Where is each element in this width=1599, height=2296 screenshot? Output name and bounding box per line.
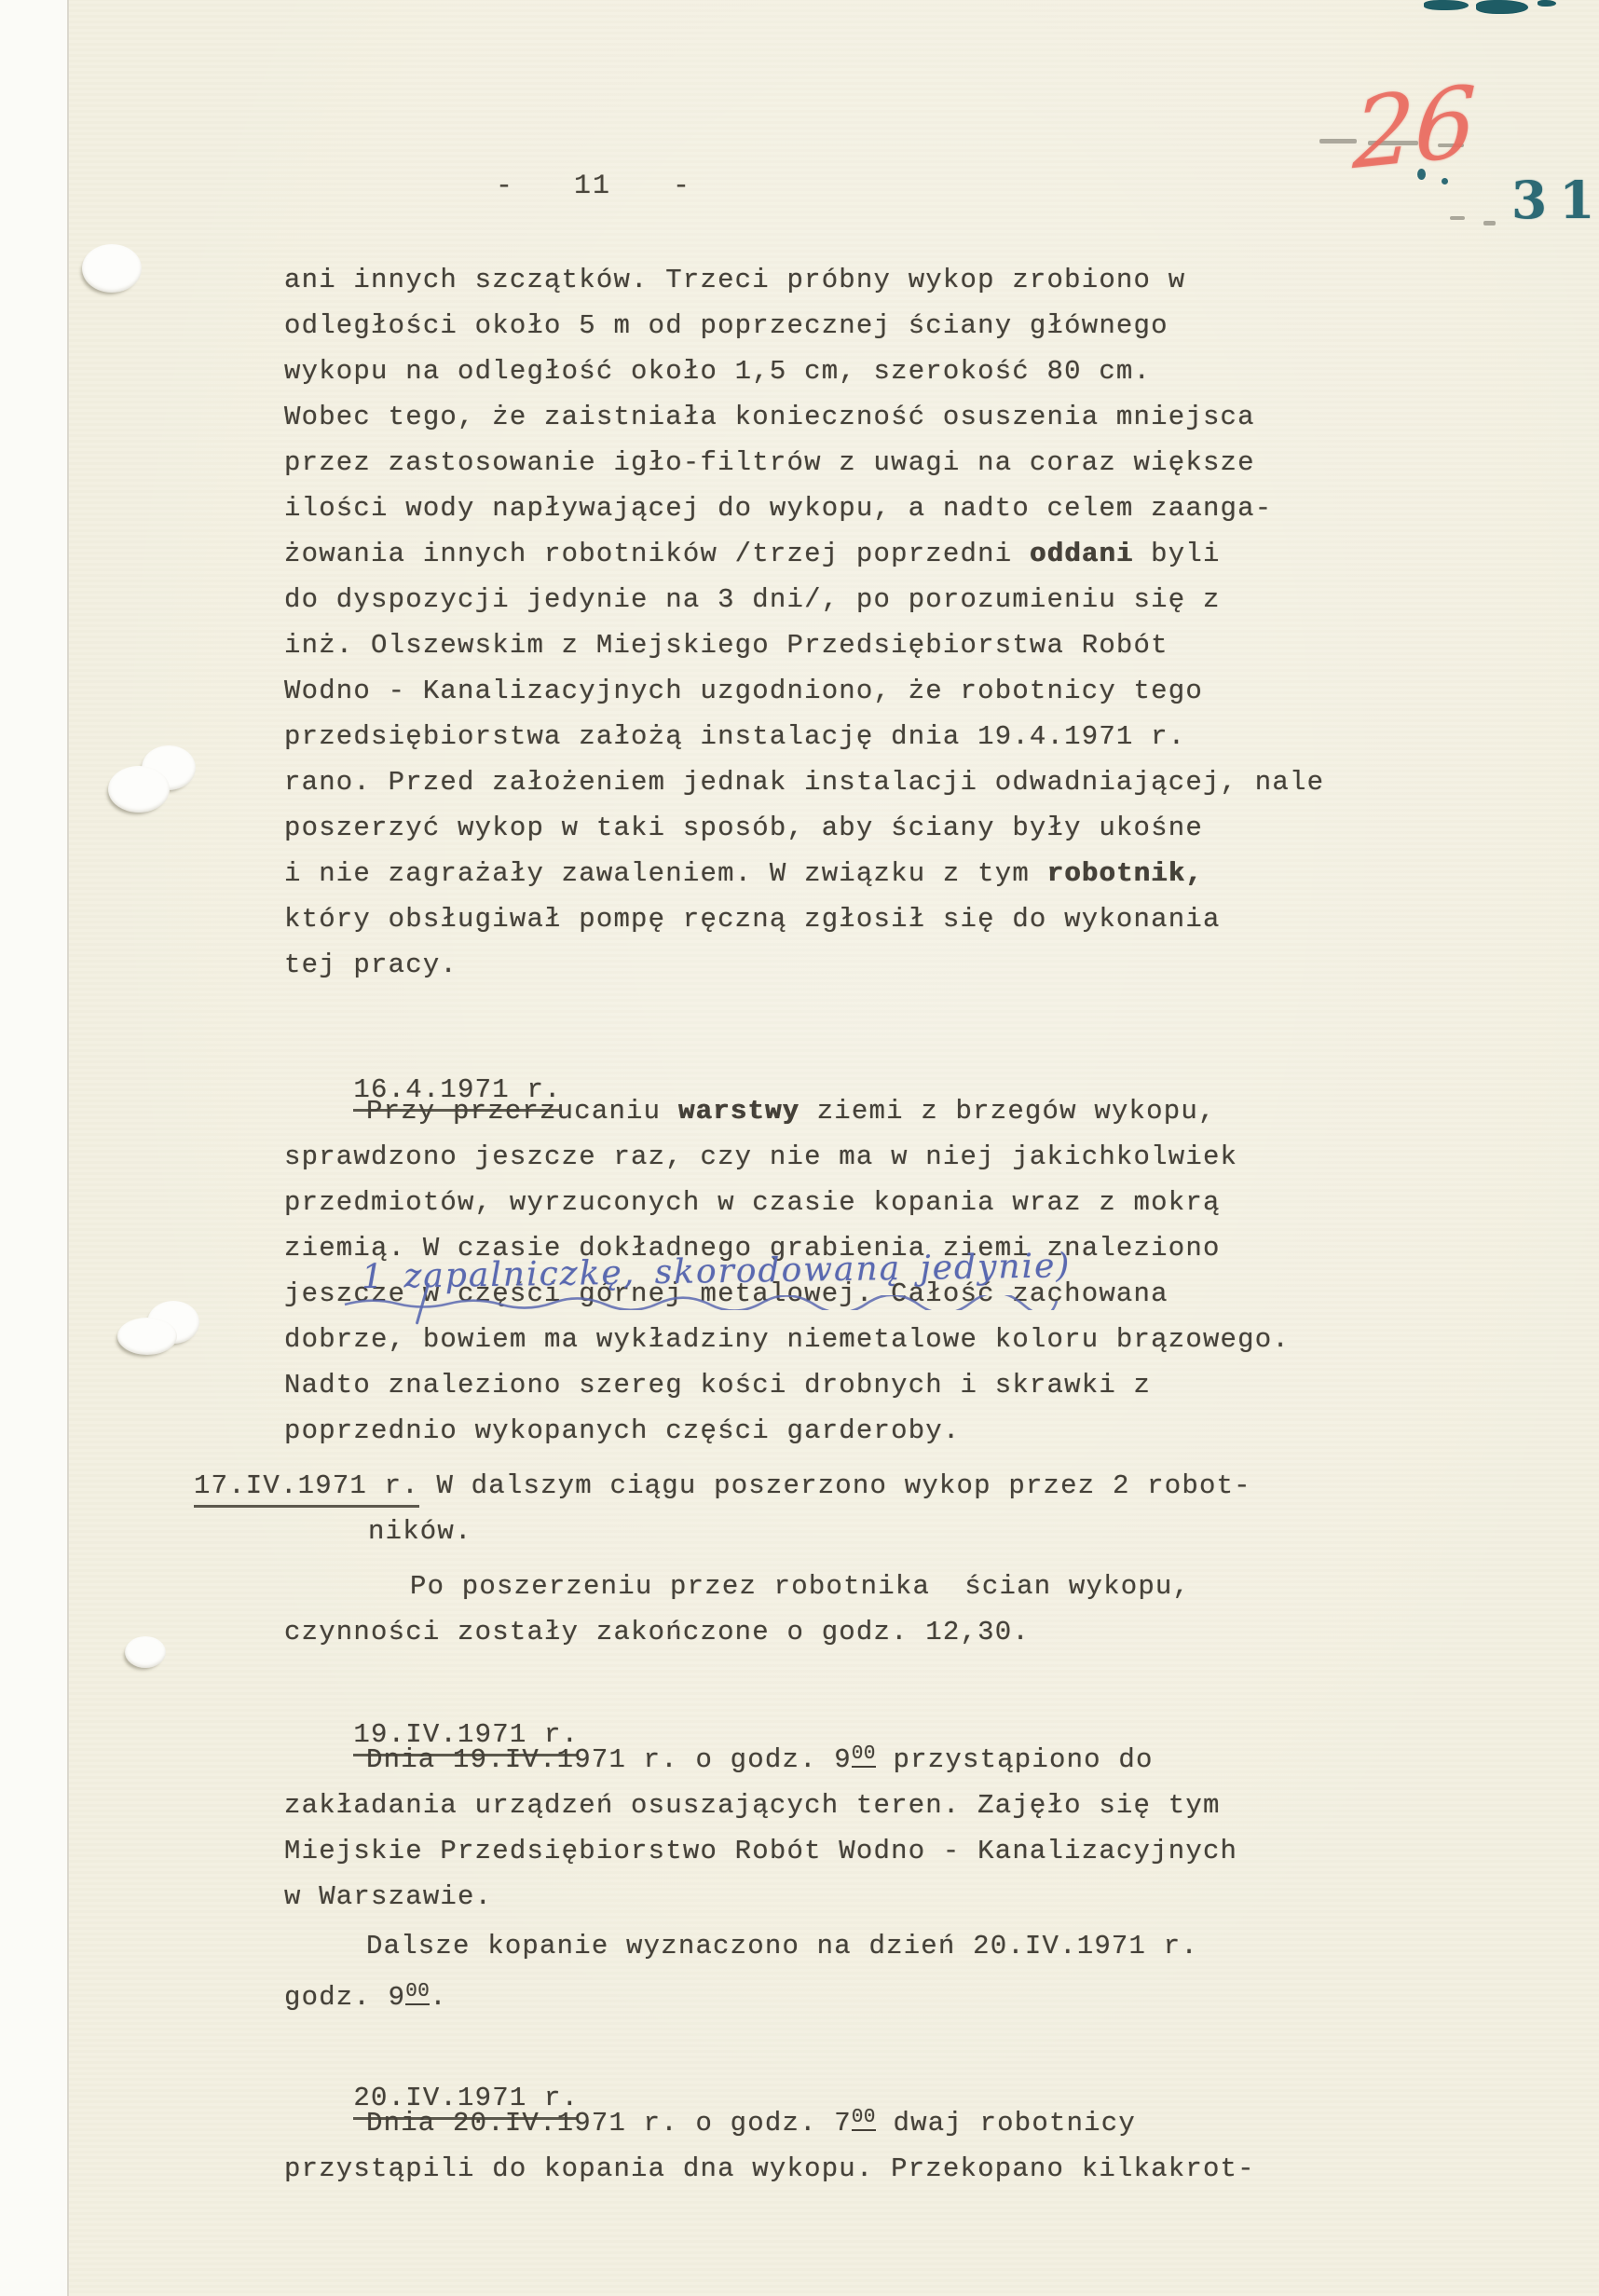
typed-line: Po poszerzeniu przez robotnika ścian wyk… xyxy=(410,1564,1190,1609)
pencil-mark xyxy=(1483,221,1496,225)
handwritten-wavy-underline xyxy=(343,1295,1060,1310)
pencil-mark xyxy=(1450,216,1465,220)
typed-line: sprawdzono jeszcze raz, czy nie ma w nie… xyxy=(284,1134,1290,1180)
typed-segment: ziemi z brzegów wykopu, xyxy=(799,1096,1215,1127)
punch-hole xyxy=(82,244,142,293)
typed-line: Wodno - Kanalizacyjnych uzgodniono, że r… xyxy=(284,668,1324,714)
typed-line: dobrze, bowiem ma wykładziny niemetalowe… xyxy=(284,1317,1290,1362)
superscript-hour: 00 xyxy=(852,2107,876,2131)
scanner-edge-strip xyxy=(0,0,69,2296)
typed-line: Przy przerzucaniu warstwy ziemi z brzegó… xyxy=(366,1088,1290,1134)
typed-segment: dwaj robotnicy xyxy=(876,2108,1136,2139)
ink-blot xyxy=(1537,0,1556,7)
typed-segment: byli xyxy=(1134,539,1221,569)
typed-line: Dnia 19.IV.1971 r. o godz. 900 przystąpi… xyxy=(366,1731,1237,1783)
typed-line: Dalsze kopanie wyznaczono na dzień 20.IV… xyxy=(366,1923,1198,1969)
typed-segment: Dnia 19.IV.1971 r. o godz. 9 xyxy=(366,1744,852,1775)
typed-line: odległości około 5 m od poprzecznej ścia… xyxy=(284,303,1324,348)
overstruck-word: oddani xyxy=(1030,539,1134,569)
ink-blot xyxy=(1476,0,1528,14)
typed-line: Miejskie Przedsiębiorstwo Robót Wodno - … xyxy=(284,1828,1237,1874)
superscript-hour: 00 xyxy=(852,1743,876,1768)
typed-line: inż. Olszewskim z Miejskiego Przedsiębio… xyxy=(284,622,1324,668)
typed-line: rano. Przed założeniem jednak instalacji… xyxy=(284,759,1324,805)
typed-line: Wobec tego, że zaistniała konieczność os… xyxy=(284,394,1324,440)
ink-blot xyxy=(1424,0,1469,10)
superscript-hour: 00 xyxy=(405,1981,430,2005)
typed-segment: żowania innych robotników /trzej poprzed… xyxy=(284,539,1030,569)
page-number: 11 xyxy=(574,164,611,210)
overstruck-word: warstwy xyxy=(678,1096,799,1127)
pencil-mark xyxy=(1319,139,1357,143)
typed-line: do dyspozycji jedynie na 3 dni/, po poro… xyxy=(284,577,1324,622)
typed-segment: W dalszym ciągu poszerzono wykop przez 2… xyxy=(419,1470,1251,1501)
paragraph-5: Dalsze kopanie wyznaczono na dzień 20.IV… xyxy=(284,1923,1198,2020)
typed-line: godz. 900. xyxy=(284,1969,1198,2020)
entry-17-IV: 17.IV.1971 r. W dalszym ciągu poszerzono… xyxy=(194,1463,1251,1554)
typed-line: przez zastosowanie igło-filtrów z uwagi … xyxy=(284,440,1324,485)
typed-line: żowania innych robotników /trzej poprzed… xyxy=(284,531,1324,577)
paragraph-6: Dnia 20.IV.1971 r. o godz. 700 dwaj robo… xyxy=(284,2095,1255,2192)
scanned-document-page: - 11 - 26 31 ani innych szczątków. Trzec… xyxy=(0,0,1599,2296)
typed-segment: . xyxy=(430,1982,447,2013)
overstruck-word: robotnik, xyxy=(1047,858,1203,889)
paragraph-4: Dnia 19.IV.1971 r. o godz. 900 przystąpi… xyxy=(284,1731,1237,1920)
typed-segment: i nie zagrażały zawaleniem. W związku z … xyxy=(284,858,1047,889)
paragraph-3: Po poszerzeniu przez robotnika ścian wyk… xyxy=(284,1564,1190,1655)
typed-line: ników. xyxy=(368,1509,1251,1554)
typed-line: który obsługiwał pompę ręczną zgłosił si… xyxy=(284,896,1324,942)
punch-hole xyxy=(117,1318,177,1355)
typed-line: ilości wody napływającej do wykopu, a na… xyxy=(284,485,1324,531)
typed-line: poprzednio wykopanych części garderoby. xyxy=(284,1408,1290,1454)
handwritten-red-page-mark: 26 xyxy=(1351,64,1478,192)
typed-line: przedmiotów, wyrzuconych w czasie kopani… xyxy=(284,1180,1290,1225)
typed-line: ani innych szczątków. Trzeci próbny wyko… xyxy=(284,257,1324,303)
typed-segment: przystąpiono do xyxy=(876,1744,1154,1775)
page-number-dash-right: - xyxy=(673,164,691,210)
typed-line: 17.IV.1971 r. W dalszym ciągu poszerzono… xyxy=(194,1463,1251,1509)
typed-line: i nie zagrażały zawaleniem. W związku z … xyxy=(284,851,1324,896)
page-number-dash-left: - xyxy=(496,164,514,210)
paragraph-1: ani innych szczątków. Trzeci próbny wyko… xyxy=(284,257,1324,988)
typed-segment: godz. 9 xyxy=(284,1982,405,2013)
stamped-archive-number: 31 xyxy=(1511,170,1599,230)
typed-segment: Przy przerzucaniu xyxy=(366,1096,678,1127)
typed-line: Nadto znaleziono szereg kości drobnych i… xyxy=(284,1362,1290,1408)
typed-line: czynności zostały zakończone o godz. 12,… xyxy=(284,1609,1190,1655)
typed-line: tej pracy. xyxy=(284,942,1324,988)
typed-segment: Dnia 20.IV.1971 r. o godz. 7 xyxy=(366,2108,852,2139)
typed-line: wykopu na odległość około 1,5 cm, szerok… xyxy=(284,348,1324,394)
punch-hole xyxy=(108,766,170,813)
typed-line: Dnia 20.IV.1971 r. o godz. 700 dwaj robo… xyxy=(366,2095,1255,2146)
typed-line: w Warszawie. xyxy=(284,1874,1237,1920)
typed-line: przedsiębiorstwa założą instalację dnia … xyxy=(284,714,1324,759)
underlined-date: 17.IV.1971 r. xyxy=(194,1470,419,1508)
typed-line: przystąpili do kopania dna wykopu. Przek… xyxy=(284,2146,1255,2192)
typed-line: poszerzyć wykop w taki sposób, aby ścian… xyxy=(284,805,1324,851)
punch-hole xyxy=(125,1636,166,1668)
typed-line: zakładania urządzeń osuszających teren. … xyxy=(284,1783,1237,1828)
